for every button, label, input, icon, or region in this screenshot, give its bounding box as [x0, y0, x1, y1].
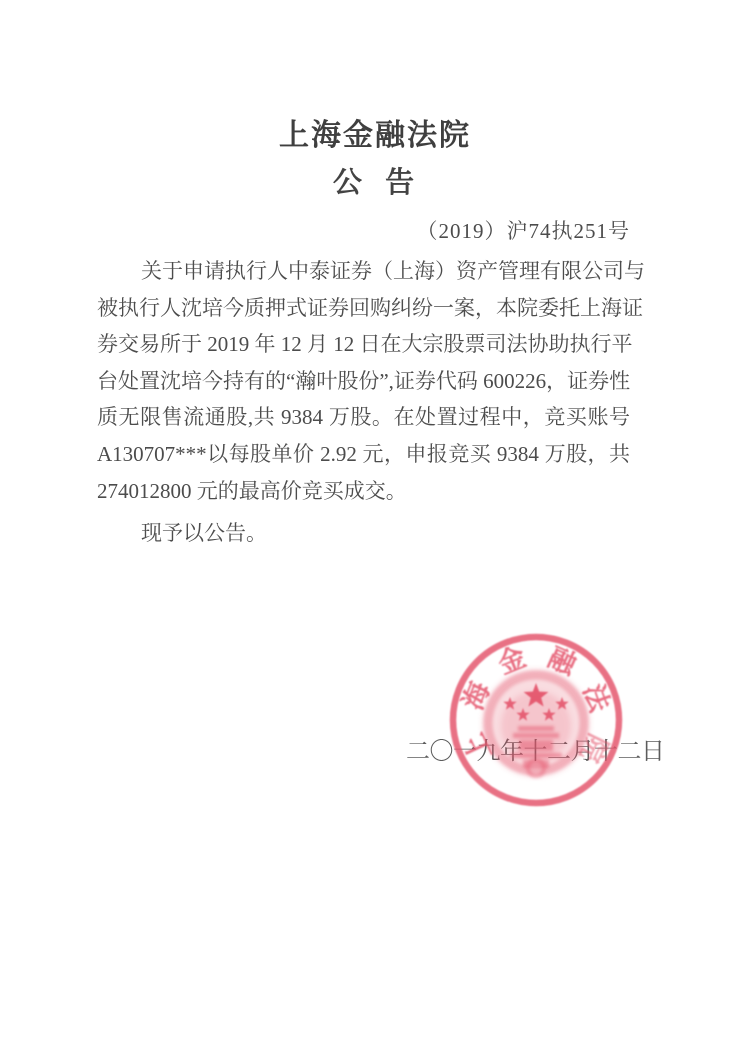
court-seal-stamp: 上海金融法院 [436, 620, 636, 820]
svg-text:融: 融 [544, 642, 582, 681]
body-line: 券交易所于 2019 年 12 月 12 日在大宗股票司法协助执行平 [97, 326, 630, 363]
body-line: 台处置沈培今持有的“瀚叶股份”,证券代码 600226，证券性 [97, 363, 630, 400]
closing-line: 现予以公告。 [97, 515, 630, 552]
body-line: A130707***以每股单价 2.92 元，申报竞买 9384 万股，共 [97, 436, 630, 473]
court-name-title: 上海金融法院 [0, 110, 750, 154]
document-content: 上海金融法院 公 告 （2019）沪74执251号 关于申请执行人中泰证券（上海… [0, 0, 750, 552]
document-type-heading: 公 告 [0, 160, 750, 201]
body-line: 被执行人沈培今质押式证券回购纠纷一案，本院委托上海证 [97, 290, 630, 327]
announcement-page: 上海金融法院 公 告 （2019）沪74执251号 关于申请执行人中泰证券（上海… [0, 0, 750, 1060]
svg-text:金: 金 [493, 641, 530, 680]
svg-text:海: 海 [458, 678, 496, 714]
body-line: 274012800 元的最高价竞买成交。 [97, 473, 630, 510]
announcement-body: 关于申请执行人中泰证券（上海）资产管理有限公司与 被执行人沈培今质押式证券回购纠… [97, 253, 630, 552]
body-line: 关于申请执行人中泰证券（上海）资产管理有限公司与 [97, 253, 630, 290]
document-date: 二〇一九年十二月十二日 [406, 731, 665, 766]
body-line: 质无限售流通股,共 9384 万股。在处置过程中，竞买账号 [97, 399, 630, 436]
svg-text:法: 法 [577, 680, 615, 717]
case-number: （2019）沪74执251号 [97, 215, 630, 245]
